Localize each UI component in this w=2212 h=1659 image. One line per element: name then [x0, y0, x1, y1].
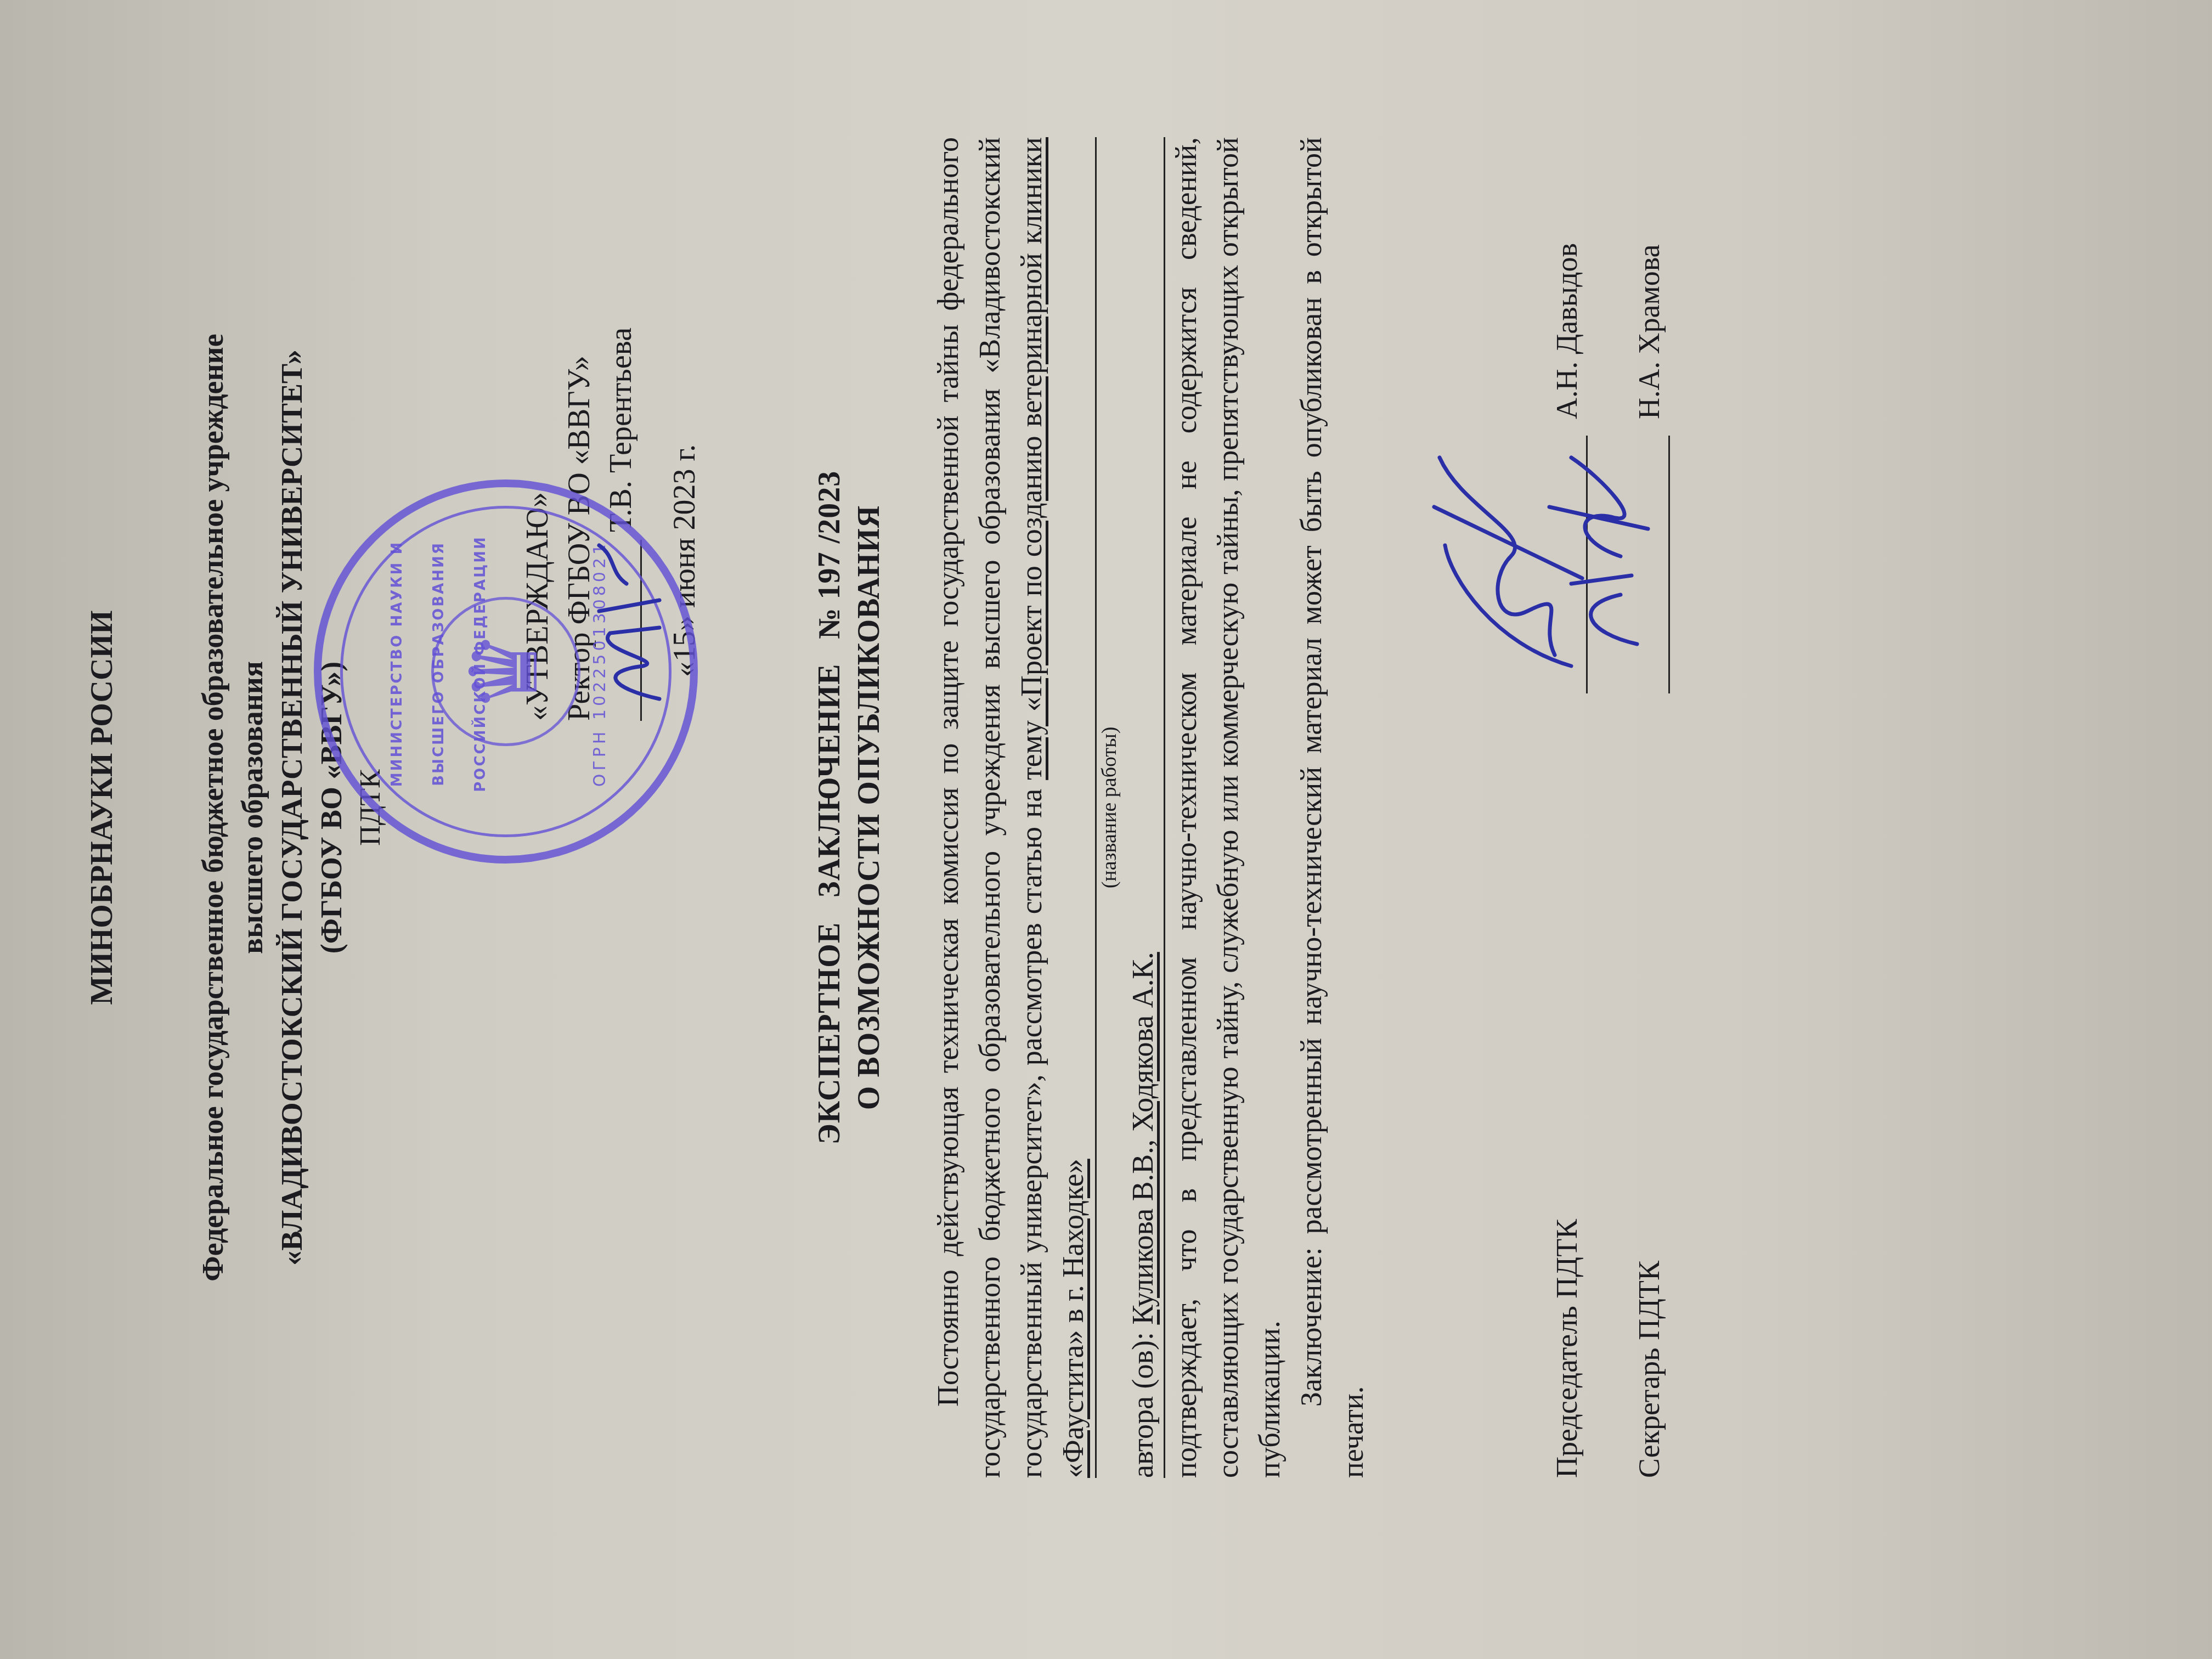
rector-position: Ректор ФГБОУ ВО «ВВГУ» [558, 172, 600, 721]
paragraph-confirmation: подтверждает, что в представленном научн… [1165, 137, 1290, 1478]
paragraph-conclusion: Заключение: рассмотренный научно-техниче… [1290, 137, 1374, 1478]
document-header: МИНОБРНАУКИ РОССИИ Федеральное государст… [82, 137, 391, 1478]
org-type-line-1: Федеральное государственное бюджетное об… [193, 137, 233, 1478]
signature-row-chairman: Председатель ПДТК А.Н. Давыдов [1505, 137, 1588, 1478]
stamp-ring-text: МИНИСТЕРСТВО НАУКИ И ВЫСШЕГО ОБРАЗОВАНИЯ… [376, 505, 501, 823]
org-type-line-2: высшего образования [233, 137, 272, 1478]
title-subtitle: О ВОЗМОЖНОСТИ ОПУБЛИКОВАНИЯ [849, 137, 889, 1478]
document-title: ЭКСПЕРТНОЕ ЗАКЛЮЧЕНИЕ № 197 /2023 О ВОЗМ… [810, 137, 889, 1478]
chairman-role: Председатель ПДТК [1546, 693, 1588, 1478]
approval-date: «15» июня 2023 г. [664, 172, 706, 677]
secretary-name: Н.А. Храмова [1628, 245, 1670, 419]
ministry-name: МИНОБРНАУКИ РОССИИ [82, 137, 122, 1478]
chairman-name: А.Н. Давыдов [1546, 243, 1588, 419]
title-word-2: ЗАКЛЮЧЕНИЕ [812, 664, 847, 898]
paragraph-commission: Постоянно действующая техническая комисс… [927, 137, 1094, 1478]
university-name: «ВЛАДИВОСТОКСКИЙ ГОСУДАРСТВЕННЫЙ УНИВЕРС… [272, 137, 312, 1478]
document-page: МИНОБРНАУКИ РОССИИ Федеральное государст… [0, 0, 2212, 1659]
secretary-signature-line [1635, 436, 1670, 693]
chairman-signature-line [1553, 436, 1588, 693]
authors-line: автора (ов): Куликова В.В., Ходякова А.К… [1122, 137, 1165, 1478]
approval-block: МИНИСТЕРСТВО НАУКИ И ВЫСШЕГО ОБРАЗОВАНИЯ… [517, 172, 706, 721]
signature-row-secretary: Секретарь ПДТК Н.А. Храмова [1588, 137, 1670, 1478]
rector-name: Т.В. Терентьева [604, 328, 638, 532]
document-body: Постоянно действующая техническая комисс… [927, 137, 1374, 1478]
authors-label: автора (ов): [1126, 1325, 1159, 1478]
document-number: № 197 /2023 [812, 471, 847, 639]
authors-names: Куликова В.В., Ходякова А.К. [1126, 952, 1159, 1324]
department-name: ПДТК [351, 137, 391, 1478]
signature-block: Председатель ПДТК А.Н. Давыдов Секретарь… [1505, 137, 1670, 1478]
rector-signature-line [607, 540, 642, 721]
secretary-role: Секретарь ПДТК [1628, 693, 1670, 1478]
university-abbr: (ФГБОУ ВО «ВВГУ») [312, 137, 351, 1478]
title-word-1: ЭКСПЕРТНОЕ [812, 922, 847, 1144]
approve-label: «УТВЕРЖДАЮ» [517, 172, 558, 721]
work-title-caption: (название работы) [1095, 137, 1122, 1478]
